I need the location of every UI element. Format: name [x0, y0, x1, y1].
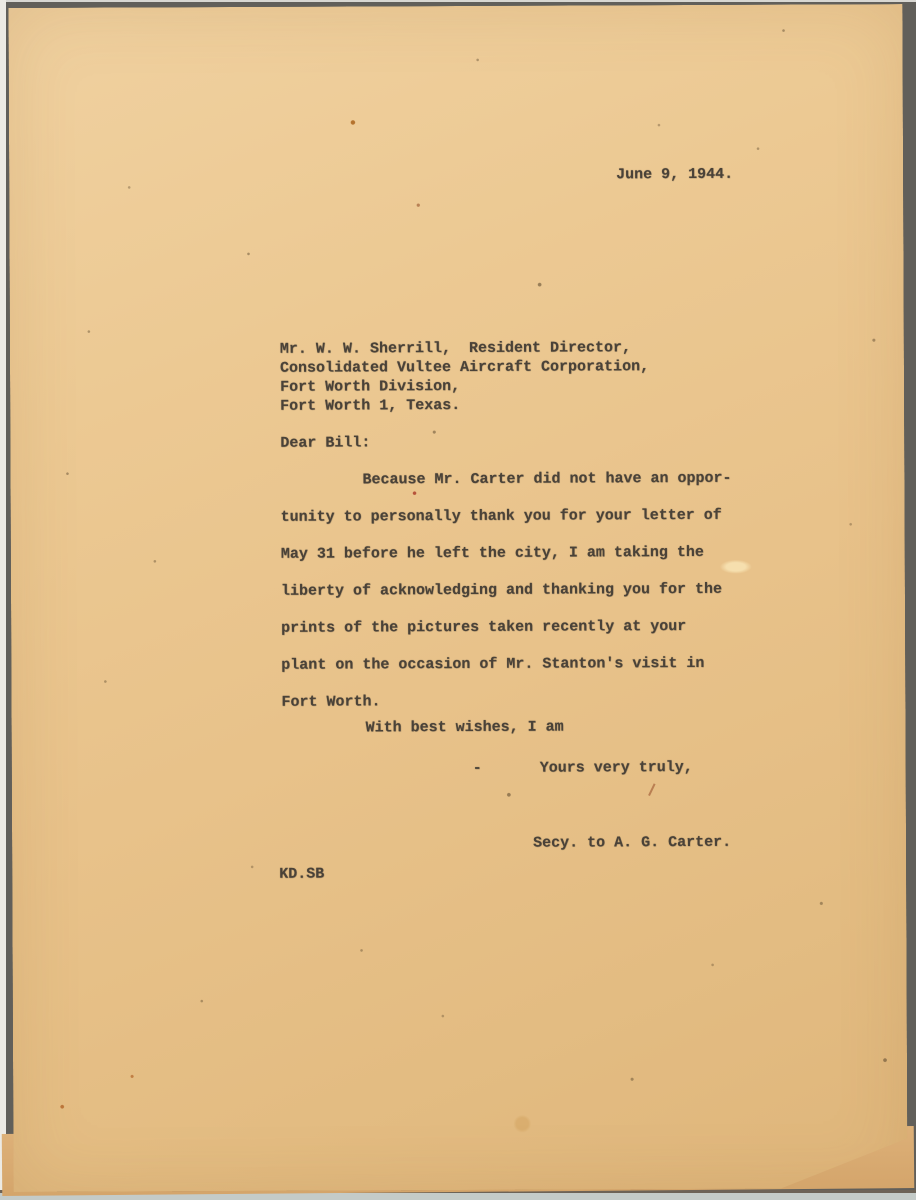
scan-edge-left — [0, 0, 6, 1200]
letter-body-paragraph: Because Mr. Carter did not have an oppor… — [280, 460, 781, 721]
scan-edge-top — [0, 0, 916, 2]
stray-dash-mark: - — [473, 761, 482, 777]
letter-paper: June 9, 1944. Mr. W. W. Sherrill, Reside… — [8, 4, 907, 1192]
signature-line: Secy. to A. G. Carter. — [533, 835, 731, 852]
scanned-letter-page: June 9, 1944. Mr. W. W. Sherrill, Reside… — [0, 0, 916, 1200]
salutation: Dear Bill: — [280, 435, 370, 451]
letter-date: June 9, 1944. — [616, 167, 733, 184]
stray-ink-slash — [648, 783, 655, 796]
recipient-address-block: Mr. W. W. Sherrill, Resident Director, C… — [280, 338, 649, 416]
valediction: Yours very truly, — [540, 760, 693, 777]
closing-line: With best wishes, I am — [366, 720, 564, 737]
typist-initials: KD.SB — [279, 867, 324, 883]
